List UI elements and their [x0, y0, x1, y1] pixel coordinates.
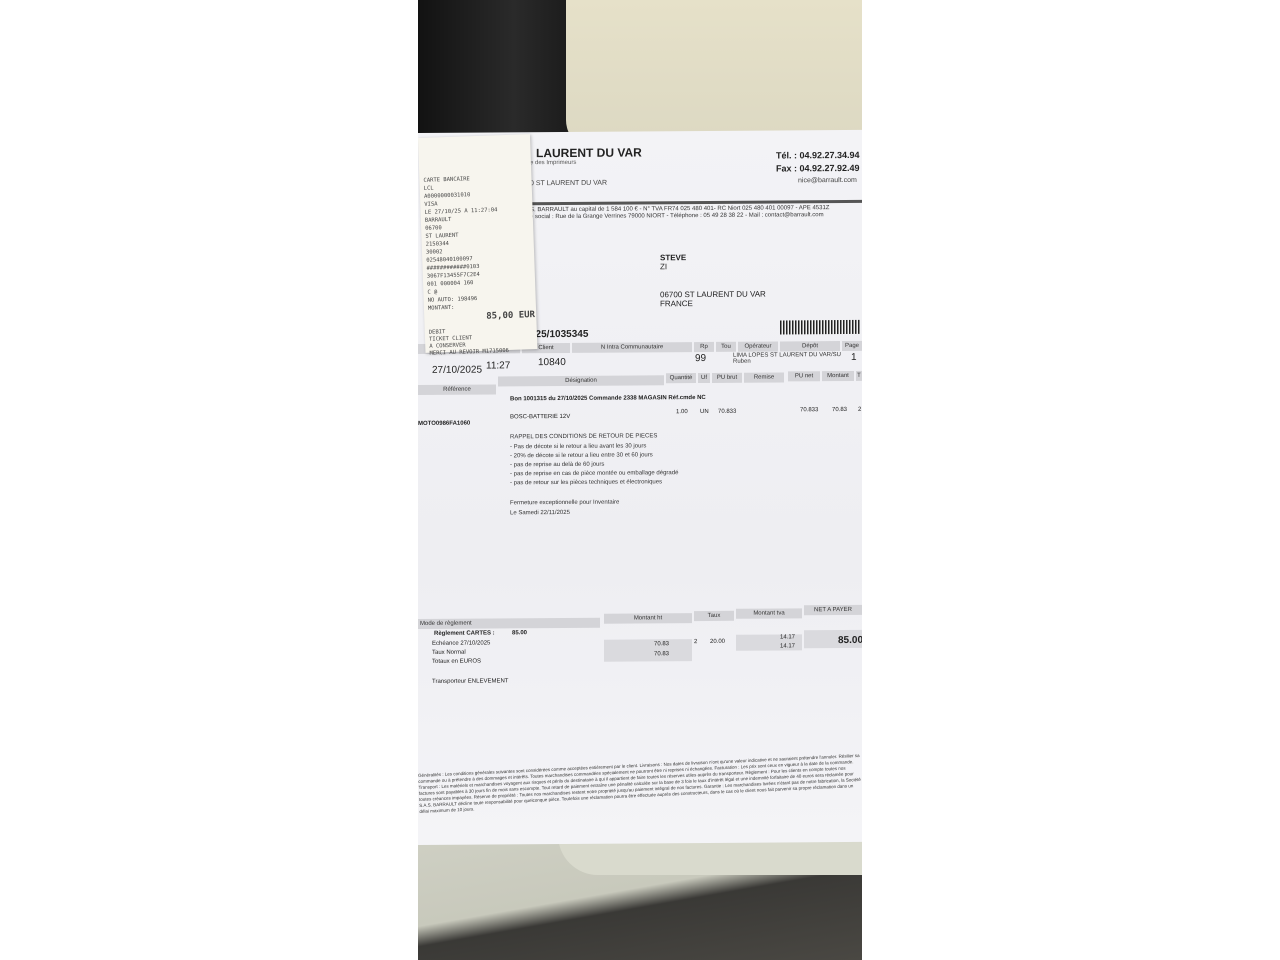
receipt-line: 3067F13455F7C2E4	[427, 272, 480, 280]
totals-col-net: NET A PAYER	[804, 605, 862, 615]
background-cream-surface	[566, 0, 862, 150]
col-quantity: Quantité	[666, 373, 696, 383]
card-receipt: CARTE BANCAIRE LCL A0000000031010 VISA L…	[418, 134, 537, 353]
receipt-line: 02548040100097	[426, 256, 473, 264]
col-unit: Uf	[698, 373, 710, 383]
label-depot: Dépôt	[780, 341, 840, 351]
receipt-line: LCL	[424, 185, 434, 191]
value-client: 10840	[538, 357, 566, 368]
customer-line2: ZI	[660, 262, 667, 271]
ht-total: 70.83	[654, 651, 669, 657]
receipt-line: NO AUTO: 198496	[428, 296, 478, 304]
net-to-pay: 85.00	[838, 635, 862, 646]
receipt-line: VISA	[424, 201, 437, 207]
col-amount: Montant	[822, 371, 854, 381]
condition-item: - pas de retour sur les pièces technique…	[510, 479, 662, 486]
shop-name: LAURENT DU VAR	[536, 145, 642, 160]
label-page: Page	[842, 341, 862, 351]
receipt-line: 2150344	[426, 241, 449, 248]
receipt-line: MONTANT:	[428, 305, 455, 312]
item-tax-code: 2	[858, 407, 861, 413]
label-rp: Rp	[694, 342, 714, 352]
totals-col-rate: Taux	[694, 611, 734, 621]
receipt-line: 30002	[426, 249, 443, 256]
col-remise: Remise	[744, 372, 784, 382]
order-line: Bon 1001315 du 27/10/2025 Commande 2338 …	[510, 395, 706, 402]
col-designation: Désignation	[498, 375, 664, 386]
payment-method: Règlement CARTES :	[434, 630, 495, 636]
value-time: 11:27	[486, 360, 510, 371]
rate-label: Taux Normal	[432, 650, 466, 656]
terms-footer: Généralités : Les conditions générales s…	[418, 753, 862, 815]
item-quantity: 1.00	[676, 409, 688, 415]
item-pu-brut: 70.833	[718, 409, 736, 415]
customer-country: FRANCE	[660, 299, 693, 308]
shop-subtitle: e des Imprimeurs	[530, 160, 576, 166]
item-pu-net: 70.833	[800, 407, 818, 413]
closure-date: Le Samedi 22/11/2025	[510, 510, 570, 516]
photo-frame: LAURENT DU VAR e des Imprimeurs 0 ST LAU…	[418, 0, 862, 960]
col-pu-net: PU net	[788, 371, 820, 381]
col-reference: Référence	[418, 384, 496, 395]
receipt-amount: 85,00 EUR	[486, 310, 535, 322]
item-unit: UN	[700, 409, 709, 415]
item-reference: MOTO0986FA1060	[418, 421, 470, 427]
barcode	[780, 320, 860, 335]
due-date: Echéance 27/10/2025	[432, 640, 490, 646]
shop-address: 0 ST LAURENT DU VAR	[530, 180, 607, 188]
payment-amount: 85.00	[512, 630, 527, 636]
receipt-line: C @	[427, 289, 437, 295]
receipt-line: ST LAURENT	[425, 233, 458, 240]
item-amount: 70.83	[832, 407, 847, 413]
rate-value: 20.00	[710, 639, 725, 645]
shop-phone: Tél. : 04.92.27.34.94	[776, 150, 860, 161]
vat-total: 14.17	[780, 643, 795, 649]
receipt-line: A0000000031010	[424, 192, 471, 200]
receipt-footer-line: DEBIT	[429, 329, 446, 336]
value-rp: 99	[695, 353, 706, 364]
label-tou: Tou	[716, 342, 736, 352]
col-tax: T	[856, 371, 862, 381]
receipt-line: 06700	[425, 225, 442, 232]
condition-item: - pas de reprise en cas de pièce montée …	[510, 470, 678, 477]
receipt-footer-line: TICKET CLIENT	[429, 335, 472, 342]
value-date: 27/10/2025	[432, 365, 482, 376]
conditions-title: RAPPEL DES CONDITIONS DE RETOUR DE PIECE…	[510, 433, 657, 440]
receipt-line: 001 000004 160	[427, 280, 474, 288]
shop-email: nice@barrault.com	[798, 177, 857, 184]
condition-item: - pas de reprise au delà de 60 jours	[510, 462, 604, 469]
totals-col-ht: Montant ht	[604, 613, 692, 624]
invoice-number: 025/1035345	[530, 329, 588, 340]
item-designation: BOSC-BATTERIE 12V	[510, 414, 570, 420]
shop-fax: Fax : 04.92.27.92.49	[776, 163, 860, 174]
receipt-line: BARRAULT	[425, 217, 452, 224]
ht-value: 70.83	[654, 641, 669, 647]
receipt-line: LE 27/10/25 A 11:27:04	[425, 207, 498, 216]
legal-line-2: e social : Rue de la Grange Verrines 790…	[530, 212, 824, 220]
receipt-line: CARTE BANCAIRE	[423, 176, 470, 184]
label-operator: Opérateur	[738, 341, 778, 351]
col-pu-brut: PU brut	[712, 373, 742, 383]
payment-mode-label: Mode de règlement	[418, 618, 600, 629]
value-page: 1	[851, 352, 857, 363]
rate-code: 2	[694, 639, 697, 645]
closure-notice: Fermeture exceptionnelle pour Inventaire	[510, 500, 619, 507]
receipt-line: ############0103	[426, 264, 479, 272]
carrier: Transporteur ENLEVEMENT	[432, 678, 508, 685]
value-operator: LIMA LOPES Ruben	[733, 353, 773, 365]
customer-name: STEVE	[660, 253, 686, 262]
condition-item: - Pas de décote si le retour a lieu avan…	[510, 443, 646, 450]
condition-item: - 20% de décote si le retour a lieu entr…	[510, 452, 653, 459]
label-vat-number: N Intra Communautaire	[572, 342, 692, 353]
vat-value: 14.17	[780, 634, 795, 640]
totals-ht-box	[604, 639, 692, 662]
value-depot: ST LAURENT DU VAR/SU	[770, 352, 841, 358]
totals-label: Totaux en EUROS	[432, 659, 481, 665]
customer-city: 06700 ST LAURENT DU VAR	[660, 290, 766, 300]
totals-col-vat: Montant tva	[736, 608, 802, 618]
